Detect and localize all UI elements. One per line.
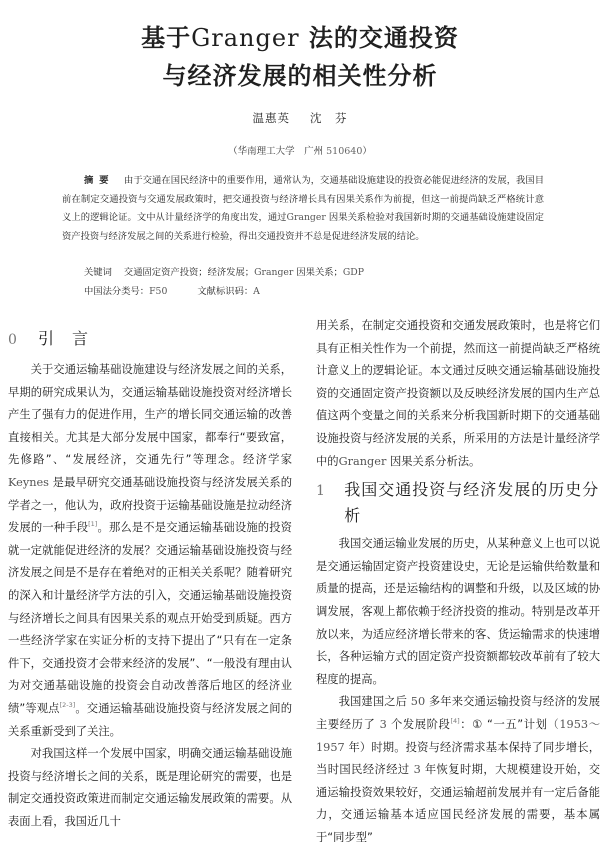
section-1-paragraph-2: 我国建国之后 50 多年来交通运输投资与经济的发展主要经历了 3 个发展阶段[4… [316,691,600,842]
section-0-paragraph-2: 对我国这样一个发展中国家，明确交通运输基础设施投资与经济增长之间的关系，既是理论… [8,743,292,833]
title-text-c: 法的交通投资 [300,24,459,52]
keyword-text-a: 交通固定资产投资；经济发展； [124,267,254,278]
intro-continuation: 用关系，在制定交通投资和交通发展政策时，也是将它们具有正相关性作为一个前提，然而… [316,315,600,473]
abstract: 摘要由于交通在国民经济中的重要作用，通常认为，交通基础设施建设的投资必能促进经济… [62,172,544,246]
paper-title-line-1: 基于Granger 法的交通投资 [0,22,600,54]
para-text: 关于交通运输基础设施建设与经济发展之间的关系，早期的研究成果认为，交通运输基础设… [8,363,292,466]
section-1-heading: 1 我国交通投资与经济发展的历史分析 [316,477,600,529]
doc-code-value: A [253,286,260,297]
abstract-granger: Granger [287,212,326,223]
title-text-granger: Granger [191,24,299,52]
para-text: 用关系，在制定交通投资和交通发展政策时，也是将它们具有正相关性作为一个前提，然而… [316,319,600,468]
keywords-label: 关键词 [84,267,112,278]
section-0-paragraph-1: 关于交通运输基础设施建设与经济发展之间的关系，早期的研究成果认为，交通运输基础设… [8,359,292,743]
classification: 中国法分类号：F50文献标识码：A [84,283,260,297]
para-text: ：① “一五”计划 [460,718,548,731]
section-1-paragraph-1: 我国交通运输业发展的历史，从某种意义上也可以说是交通运输固定资产投资建设史，无论… [316,533,600,691]
author-2: 沈 芬 [310,111,348,125]
number: 50 [411,695,425,708]
para-text: 。那么是不是交通运输基础设施的投资就一定就能促进经济的发展？交通运输基础设施投资… [8,521,292,715]
citation-1: [1] [88,520,97,528]
affiliation-text: （华南理工大学 广州 [228,146,326,157]
keyword-granger: Granger [254,267,293,278]
left-column: 0 引言 关于交通运输基础设施建设与经济发展之间的关系，早期的研究成果认为，交通… [8,327,292,833]
authors: 温惠英沈 芬 [0,110,600,126]
keywords: 关键词交通固定资产投资；经济发展；Granger 因果关系；GDP [84,264,364,278]
paper-title-line-2: 与经济发展的相关性分析 [0,60,600,92]
author-1: 温惠英 [253,111,291,125]
number: 3 [380,718,387,731]
keyword-gdp: GDP [343,267,364,278]
para-text: 个发展阶段 [387,718,451,731]
citation-4: [4] [450,717,459,725]
section-0-number: 0 [8,328,38,352]
number: 3 [414,763,421,776]
right-column: 用关系，在制定交通投资和交通发展政策时，也是将它们具有正相关性作为一个前提，然而… [316,315,600,842]
section-1-number: 1 [316,479,344,503]
clc-label: 中国法分类号： [84,286,149,297]
keynes: Keynes [8,476,49,489]
doc-code-label: 文献标识码： [197,286,253,297]
section-0-heading: 0 引言 [8,327,292,352]
section-0-title: 引言 [38,327,106,351]
keyword-text-c: 因果关系； [293,267,342,278]
abstract-label: 摘要 [84,172,124,191]
affiliation-zip: 510640 [326,146,362,157]
affiliation-close: ） [362,146,372,157]
para-text: 我国建国之后 [339,695,411,708]
granger: Granger [339,455,387,468]
affiliation: （华南理工大学 广州 510640） [0,143,600,157]
para-text: 因果关系分析法。 [386,455,480,468]
section-1-title: 我国交通投资与经济发展的历史分析 [344,477,600,529]
clc-value: F50 [149,286,167,297]
title-text-a: 基于 [141,24,191,52]
citation-2-3: [2-3] [60,701,76,709]
